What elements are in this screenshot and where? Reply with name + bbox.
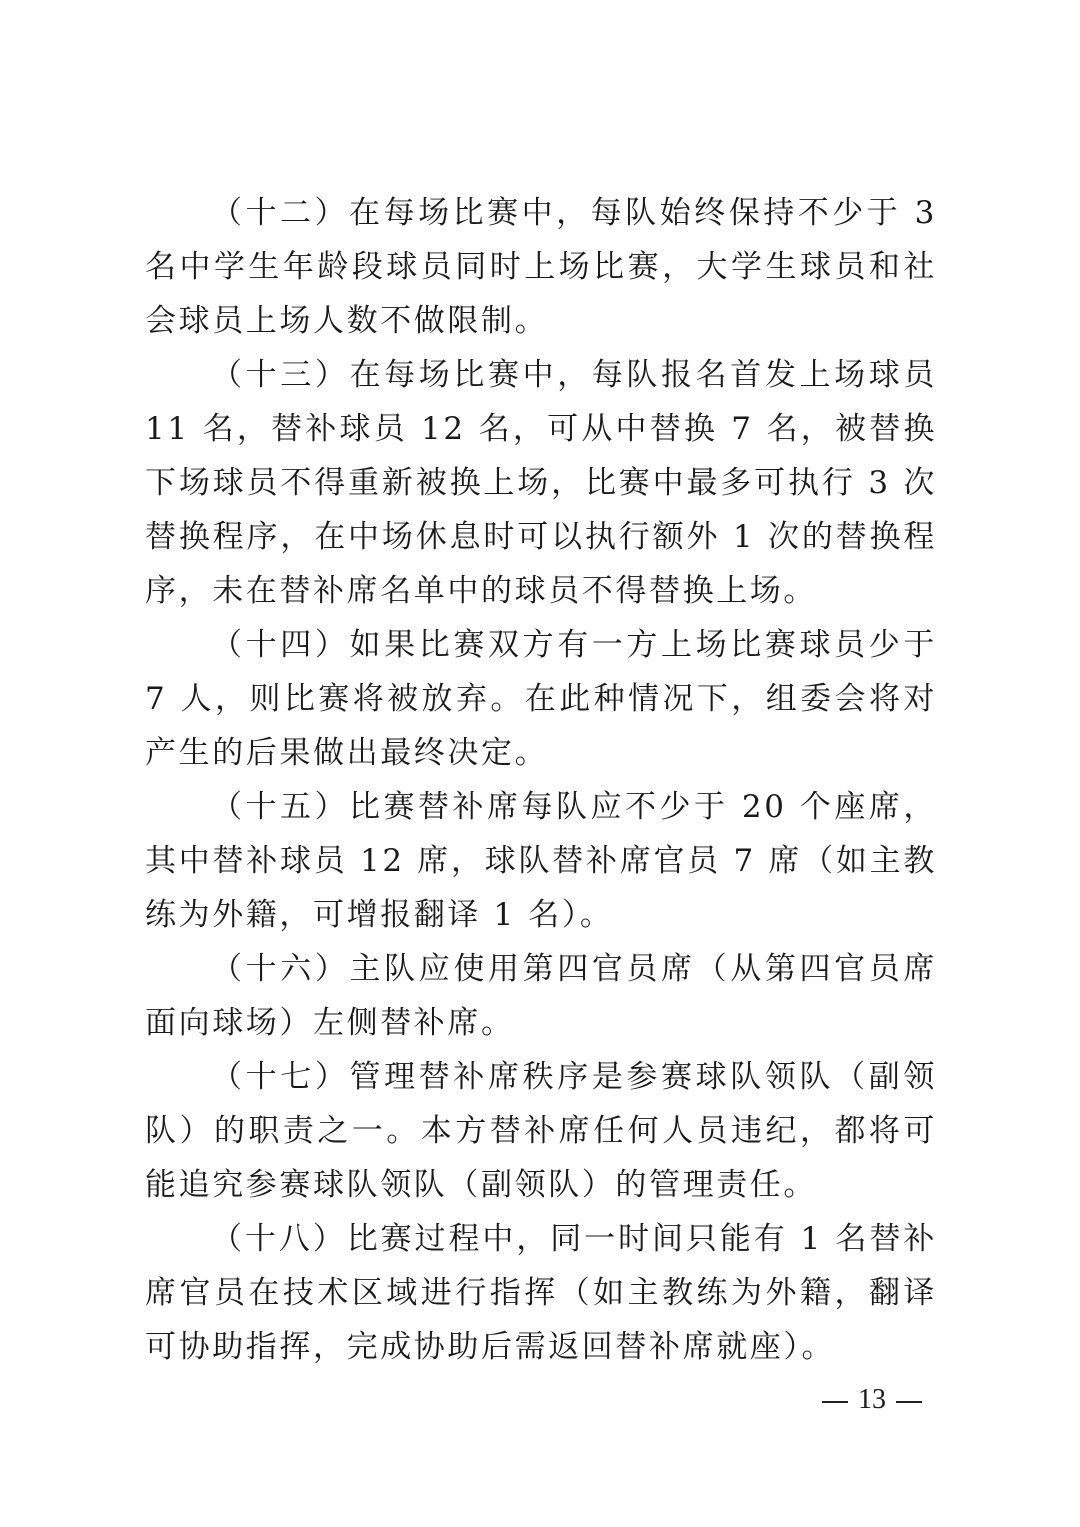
clause-12-paragraph: （十二）在每场比赛中，每队始终保持不少于 3 名中学生年龄段球员同时上场比赛，大… bbox=[145, 186, 937, 348]
document-page: （十二）在每场比赛中，每队始终保持不少于 3 名中学生年龄段球员同时上场比赛，大… bbox=[0, 0, 1080, 1527]
clause-13-paragraph: （十三）在每场比赛中，每队报名首发上场球员 11 名，替补球员 12 名，可从中… bbox=[145, 348, 937, 618]
clause-16-paragraph: （十六）主队应使用第四官员席（从第四官员席面向球场）左侧替补席。 bbox=[145, 942, 937, 1050]
right-dash-decoration bbox=[896, 1401, 922, 1403]
document-body: （十二）在每场比赛中，每队始终保持不少于 3 名中学生年龄段球员同时上场比赛，大… bbox=[145, 186, 937, 1374]
clause-18-paragraph: （十八）比赛过程中，同一时间只能有 1 名替补席官员在技术区域进行指挥（如主教练… bbox=[145, 1212, 937, 1374]
page-number: 13 bbox=[858, 1384, 886, 1415]
page-footer: 13 bbox=[812, 1382, 932, 1418]
clause-15-paragraph: （十五）比赛替补席每队应不少于 20 个座席，其中替补球员 12 席，球队替补席… bbox=[145, 780, 937, 942]
clause-14-paragraph: （十四）如果比赛双方有一方上场比赛球员少于 7 人，则比赛将被放弃。在此种情况下… bbox=[145, 618, 937, 780]
clause-17-paragraph: （十七）管理替补席秩序是参赛球队领队（副领队）的职责之一。本方替补席任何人员违纪… bbox=[145, 1050, 937, 1212]
left-dash-decoration bbox=[822, 1401, 848, 1403]
